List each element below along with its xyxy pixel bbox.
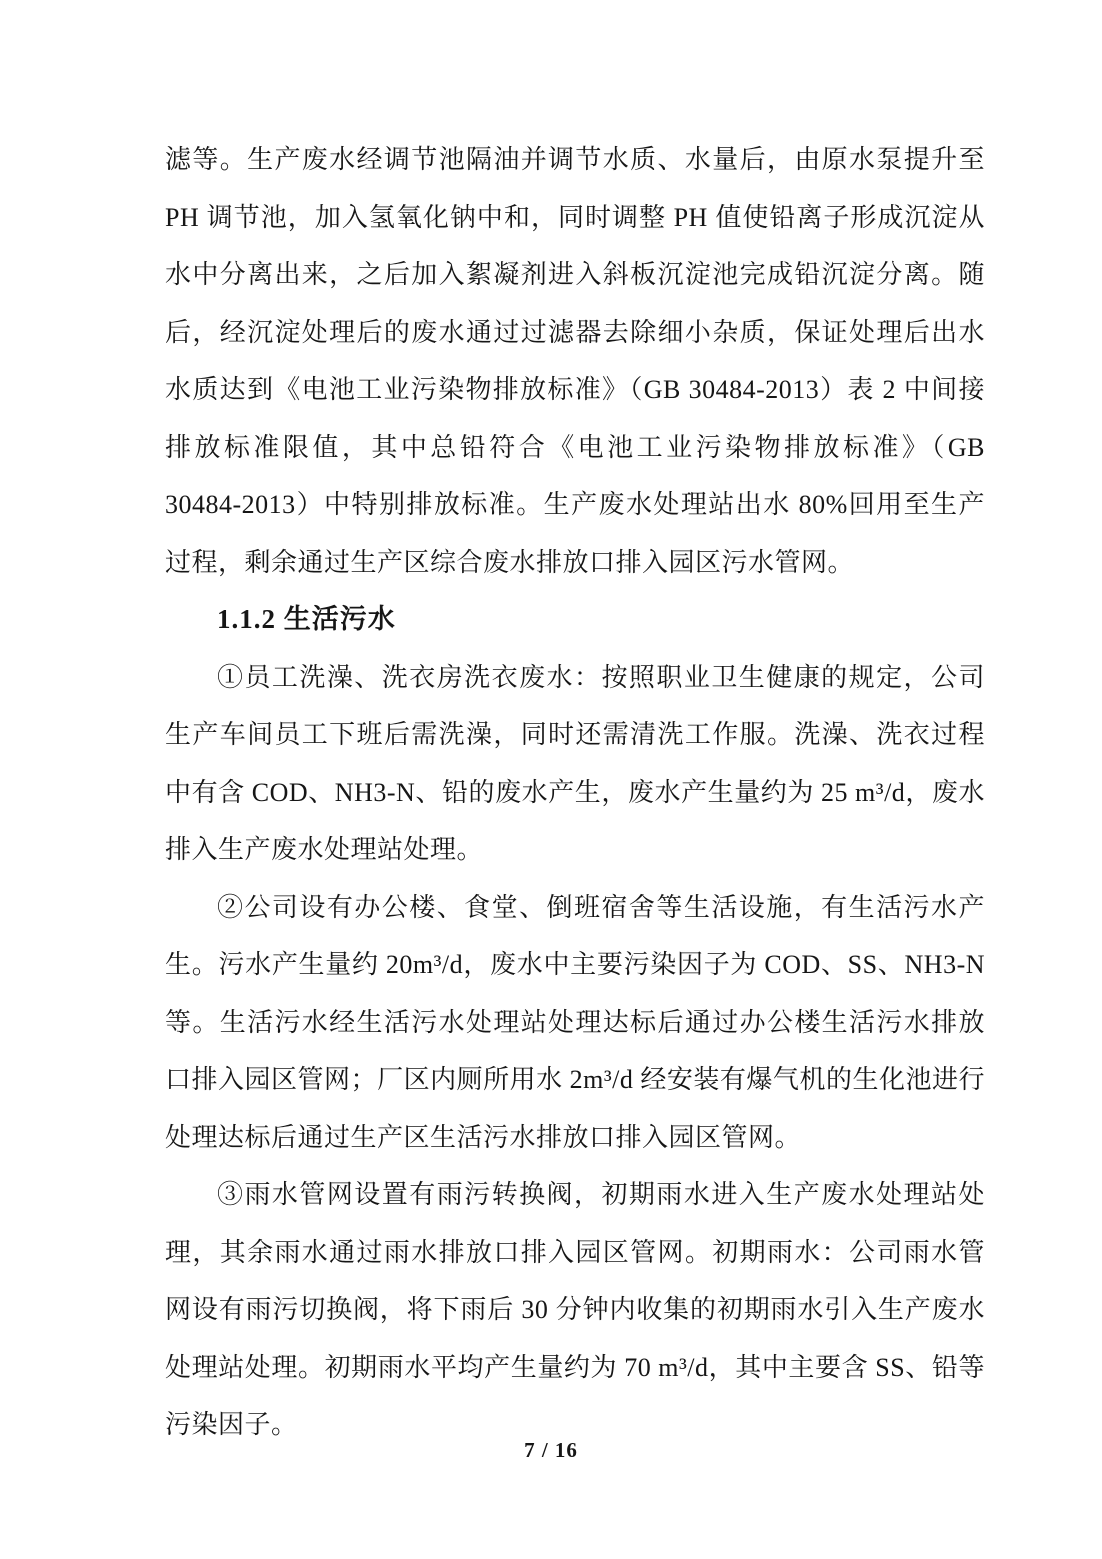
paragraph-3: ②公司设有办公楼、食堂、倒班宿舍等生活设施，有生活污水产生。污水产生量约 20m… (165, 879, 985, 1167)
paragraph-2: ①员工洗澡、洗衣房洗衣废水：按照职业卫生健康的规定，公司生产车间员工下班后需洗澡… (165, 649, 985, 879)
document-content: 滤等。生产废水经调节池隔油并调节水质、水量后，由原水泵提升至 PH 调节池，加入… (165, 131, 985, 1454)
section-heading: 1.1.2 生活污水 (165, 591, 985, 649)
page-number: 7 / 16 (0, 1438, 1102, 1463)
document-page: 滤等。生产废水经调节池隔油并调节水质、水量后，由原水泵提升至 PH 调节池，加入… (0, 0, 1102, 1559)
paragraph-0: 滤等。生产废水经调节池隔油并调节水质、水量后，由原水泵提升至 PH 调节池，加入… (165, 131, 985, 591)
paragraph-4: ③雨水管网设置有雨污转换阀，初期雨水进入生产废水处理站处理，其余雨水通过雨水排放… (165, 1166, 985, 1454)
